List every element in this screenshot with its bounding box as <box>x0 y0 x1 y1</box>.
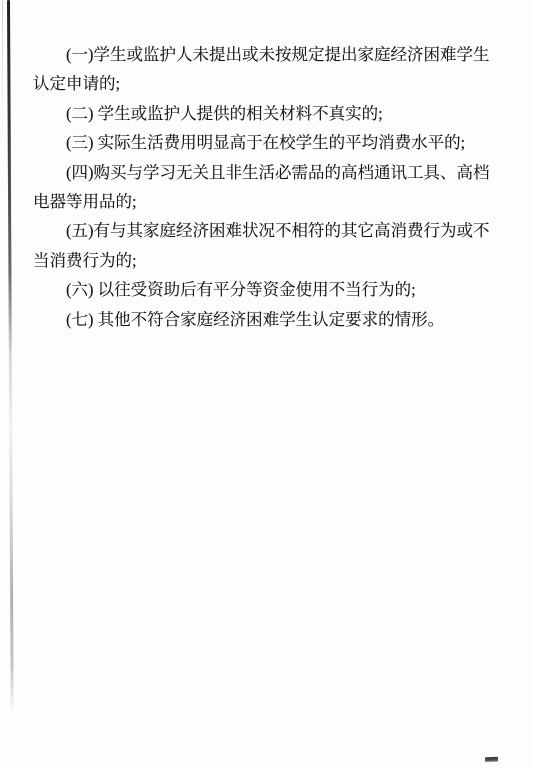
scan-edge-line <box>2 0 3 140</box>
page-number-fragment <box>485 757 498 762</box>
document-page: (一)学生或监护人未提出或未按规定提出家庭经济困难学生认定申请的; (二) 学生… <box>0 0 533 768</box>
clause-1: (一)学生或监护人未提出或未按规定提出家庭经济困难学生认定申请的; <box>33 40 503 99</box>
scan-spine-line <box>7 0 14 715</box>
clause-2: (二) 学生或监护人提供的相关材料不真实的; <box>33 99 503 128</box>
clause-3: (三) 实际生活费用明显高于在校学生的平均消费水平的; <box>33 128 503 157</box>
clause-7: (七) 其他不符合家庭经济困难学生认定要求的情形。 <box>33 305 503 334</box>
clause-6: (六) 以往受资助后有平分等资金使用不当行为的; <box>33 275 503 304</box>
document-body: (一)学生或监护人未提出或未按规定提出家庭经济困难学生认定申请的; (二) 学生… <box>33 40 503 334</box>
clause-4: (四)购买与学习无关且非生活必需品的高档通讯工具、高档电器等用品的; <box>33 158 503 217</box>
clause-5: (五)有与其家庭经济困难状况不相符的其它高消费行为或不当消费行为的; <box>33 216 503 275</box>
